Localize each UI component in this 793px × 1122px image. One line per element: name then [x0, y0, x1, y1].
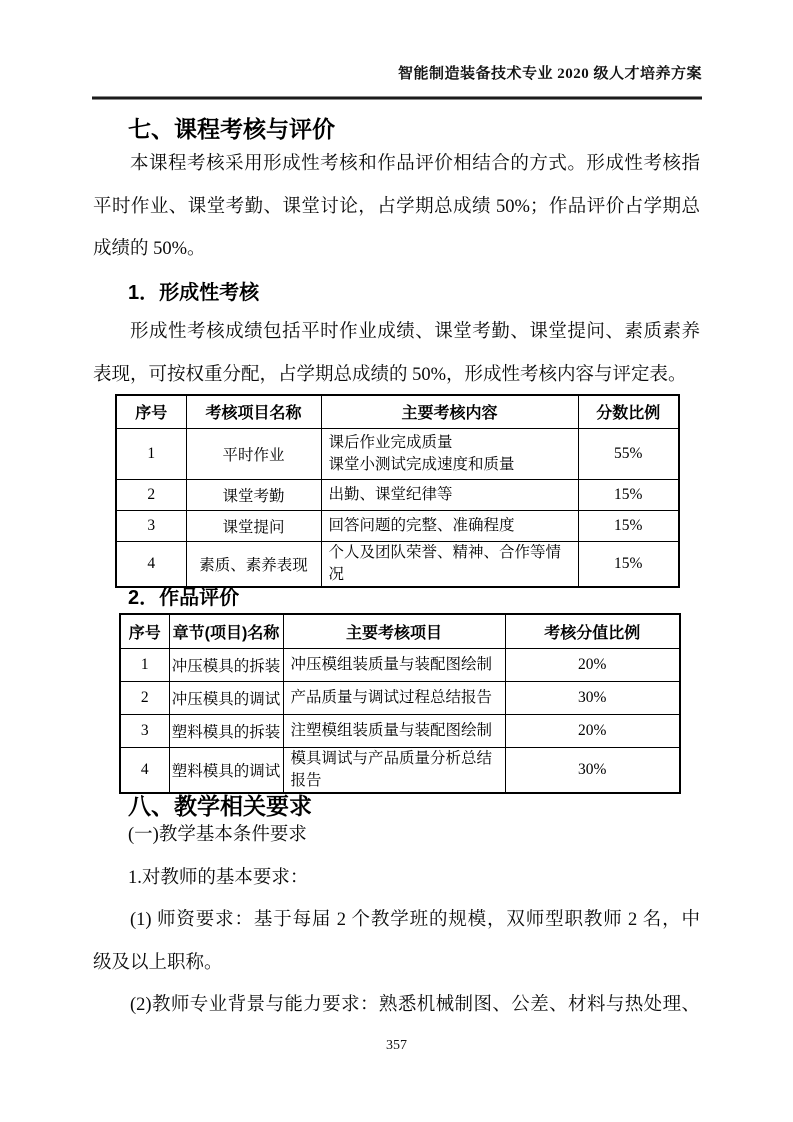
portfolio-evaluation-heading: 2．作品评价 [128, 581, 239, 610]
table-cell: 1 [120, 648, 169, 681]
table-cell: 课堂考勤 [186, 479, 321, 510]
table-cell: 课堂提问 [186, 510, 321, 541]
paragraph-line: 平时作业、课堂考勤、课堂讨论，占学期总成绩 50%；作品评价占学期总 [93, 186, 700, 229]
table-cell: 30% [505, 681, 680, 714]
table-cell: 2 [116, 479, 186, 510]
formative-assessment-table: 序号考核项目名称主要考核内容分数比例 1平时作业课后作业完成质量 课堂小测试完成… [115, 394, 680, 588]
table-row: 2冲压模具的调试产品质量与调试过程总结报告30% [120, 681, 680, 714]
table-cell: 出勤、课堂纪律等 [321, 479, 578, 510]
table-header-row: 序号章节(项目)名称主要考核项目考核分值比例 [120, 614, 680, 648]
table-cell: 20% [505, 648, 680, 681]
table-cell: 平时作业 [186, 428, 321, 479]
formative-desc-paragraph: 形成性考核成绩包括平时作业成绩、课堂考勤、课堂提问、素质素养 表现，可按权重分配… [93, 311, 700, 396]
table-cell: 冲压模具的调试 [169, 681, 283, 714]
column-header: 考核分值比例 [505, 614, 680, 648]
table-cell: 产品质量与调试过程总结报告 [283, 681, 505, 714]
table-cell: 55% [578, 428, 679, 479]
table-cell: 模具调试与产品质量分析总结报告 [283, 747, 505, 793]
table-cell: 3 [120, 714, 169, 747]
table-header-row: 序号考核项目名称主要考核内容分数比例 [116, 395, 679, 428]
column-header: 章节(项目)名称 [169, 614, 283, 648]
table-cell: 冲压模组装质量与装配图绘制 [283, 648, 505, 681]
table-row: 1冲压模具的拆装冲压模组装质量与装配图绘制20% [120, 648, 680, 681]
formative-assessment-heading: 1．形成性考核 [128, 276, 259, 305]
table-cell: 塑料模具的拆装 [169, 714, 283, 747]
table-cell: 冲压模具的拆装 [169, 648, 283, 681]
table-cell: 1 [116, 428, 186, 479]
section8-body: (一)教学基本条件要求 1.对教师的基本要求： (1) 师资要求：基于每届 2 … [93, 814, 700, 1027]
document-page: 智能制造装备技术专业 2020 级人才培养方案 七、课程考核与评价 本课程考核采… [0, 0, 793, 1122]
table-cell: 4 [116, 541, 186, 587]
section7-heading: 七、课程考核与评价 [128, 111, 335, 144]
table-cell: 个人及团队荣誉、精神、合作等情况 [321, 541, 578, 587]
running-header: 智能制造装备技术专业 2020 级人才培养方案 [398, 62, 702, 83]
paragraph-line: 级及以上职称。 [93, 942, 700, 985]
table-cell: 2 [120, 681, 169, 714]
section7-intro-paragraph: 本课程考核采用形成性考核和作品评价相结合的方式。形成性考核指 平时作业、课堂考勤… [93, 143, 700, 271]
table-cell: 20% [505, 714, 680, 747]
paragraph-line: (2)教师专业背景与能力要求：熟悉机械制图、公差、材料与热处理、 [93, 984, 700, 1027]
column-header: 分数比例 [578, 395, 679, 428]
paragraph-line: 表现，可按权重分配，占学期总成绩的 50%，形成性考核内容与评定表。 [93, 354, 700, 397]
table-row: 3塑料模具的拆装注塑模组装质量与装配图绘制20% [120, 714, 680, 747]
table-cell: 注塑模组装质量与装配图绘制 [283, 714, 505, 747]
column-header: 序号 [116, 395, 186, 428]
table-cell: 4 [120, 747, 169, 793]
paragraph-line: 形成性考核成绩包括平时作业成绩、课堂考勤、课堂提问、素质素养 [93, 311, 700, 354]
column-header: 序号 [120, 614, 169, 648]
column-header: 主要考核项目 [283, 614, 505, 648]
table-row: 1平时作业课后作业完成质量 课堂小测试完成速度和质量55% [116, 428, 679, 479]
table-cell: 3 [116, 510, 186, 541]
table-row: 3课堂提问回答问题的完整、准确程度15% [116, 510, 679, 541]
table-cell: 15% [578, 541, 679, 587]
page-number: 357 [0, 1038, 793, 1054]
table-cell: 课后作业完成质量 课堂小测试完成速度和质量 [321, 428, 578, 479]
column-header: 主要考核内容 [321, 395, 578, 428]
table-cell: 素质、素养表现 [186, 541, 321, 587]
paragraph-line: (1) 师资要求：基于每届 2 个教学班的规模，双师型职教师 2 名，中 [93, 899, 700, 942]
paragraph-line: 1.对教师的基本要求： [93, 857, 700, 900]
paragraph-line: 成绩的 50%。 [93, 228, 700, 271]
table-row: 2课堂考勤出勤、课堂纪律等15% [116, 479, 679, 510]
table-row: 4素质、素养表现个人及团队荣誉、精神、合作等情况15% [116, 541, 679, 587]
table-row: 4塑料模具的调试模具调试与产品质量分析总结报告30% [120, 747, 680, 793]
table-cell: 回答问题的完整、准确程度 [321, 510, 578, 541]
table-cell: 15% [578, 479, 679, 510]
portfolio-evaluation-table: 序号章节(项目)名称主要考核项目考核分值比例 1冲压模具的拆装冲压模组装质量与装… [119, 613, 681, 794]
paragraph-line: 本课程考核采用形成性考核和作品评价相结合的方式。形成性考核指 [93, 143, 700, 186]
header-divider-rule [92, 96, 702, 100]
paragraph-line: (一)教学基本条件要求 [93, 814, 700, 857]
table-cell: 塑料模具的调试 [169, 747, 283, 793]
column-header: 考核项目名称 [186, 395, 321, 428]
table-cell: 15% [578, 510, 679, 541]
table-cell: 30% [505, 747, 680, 793]
